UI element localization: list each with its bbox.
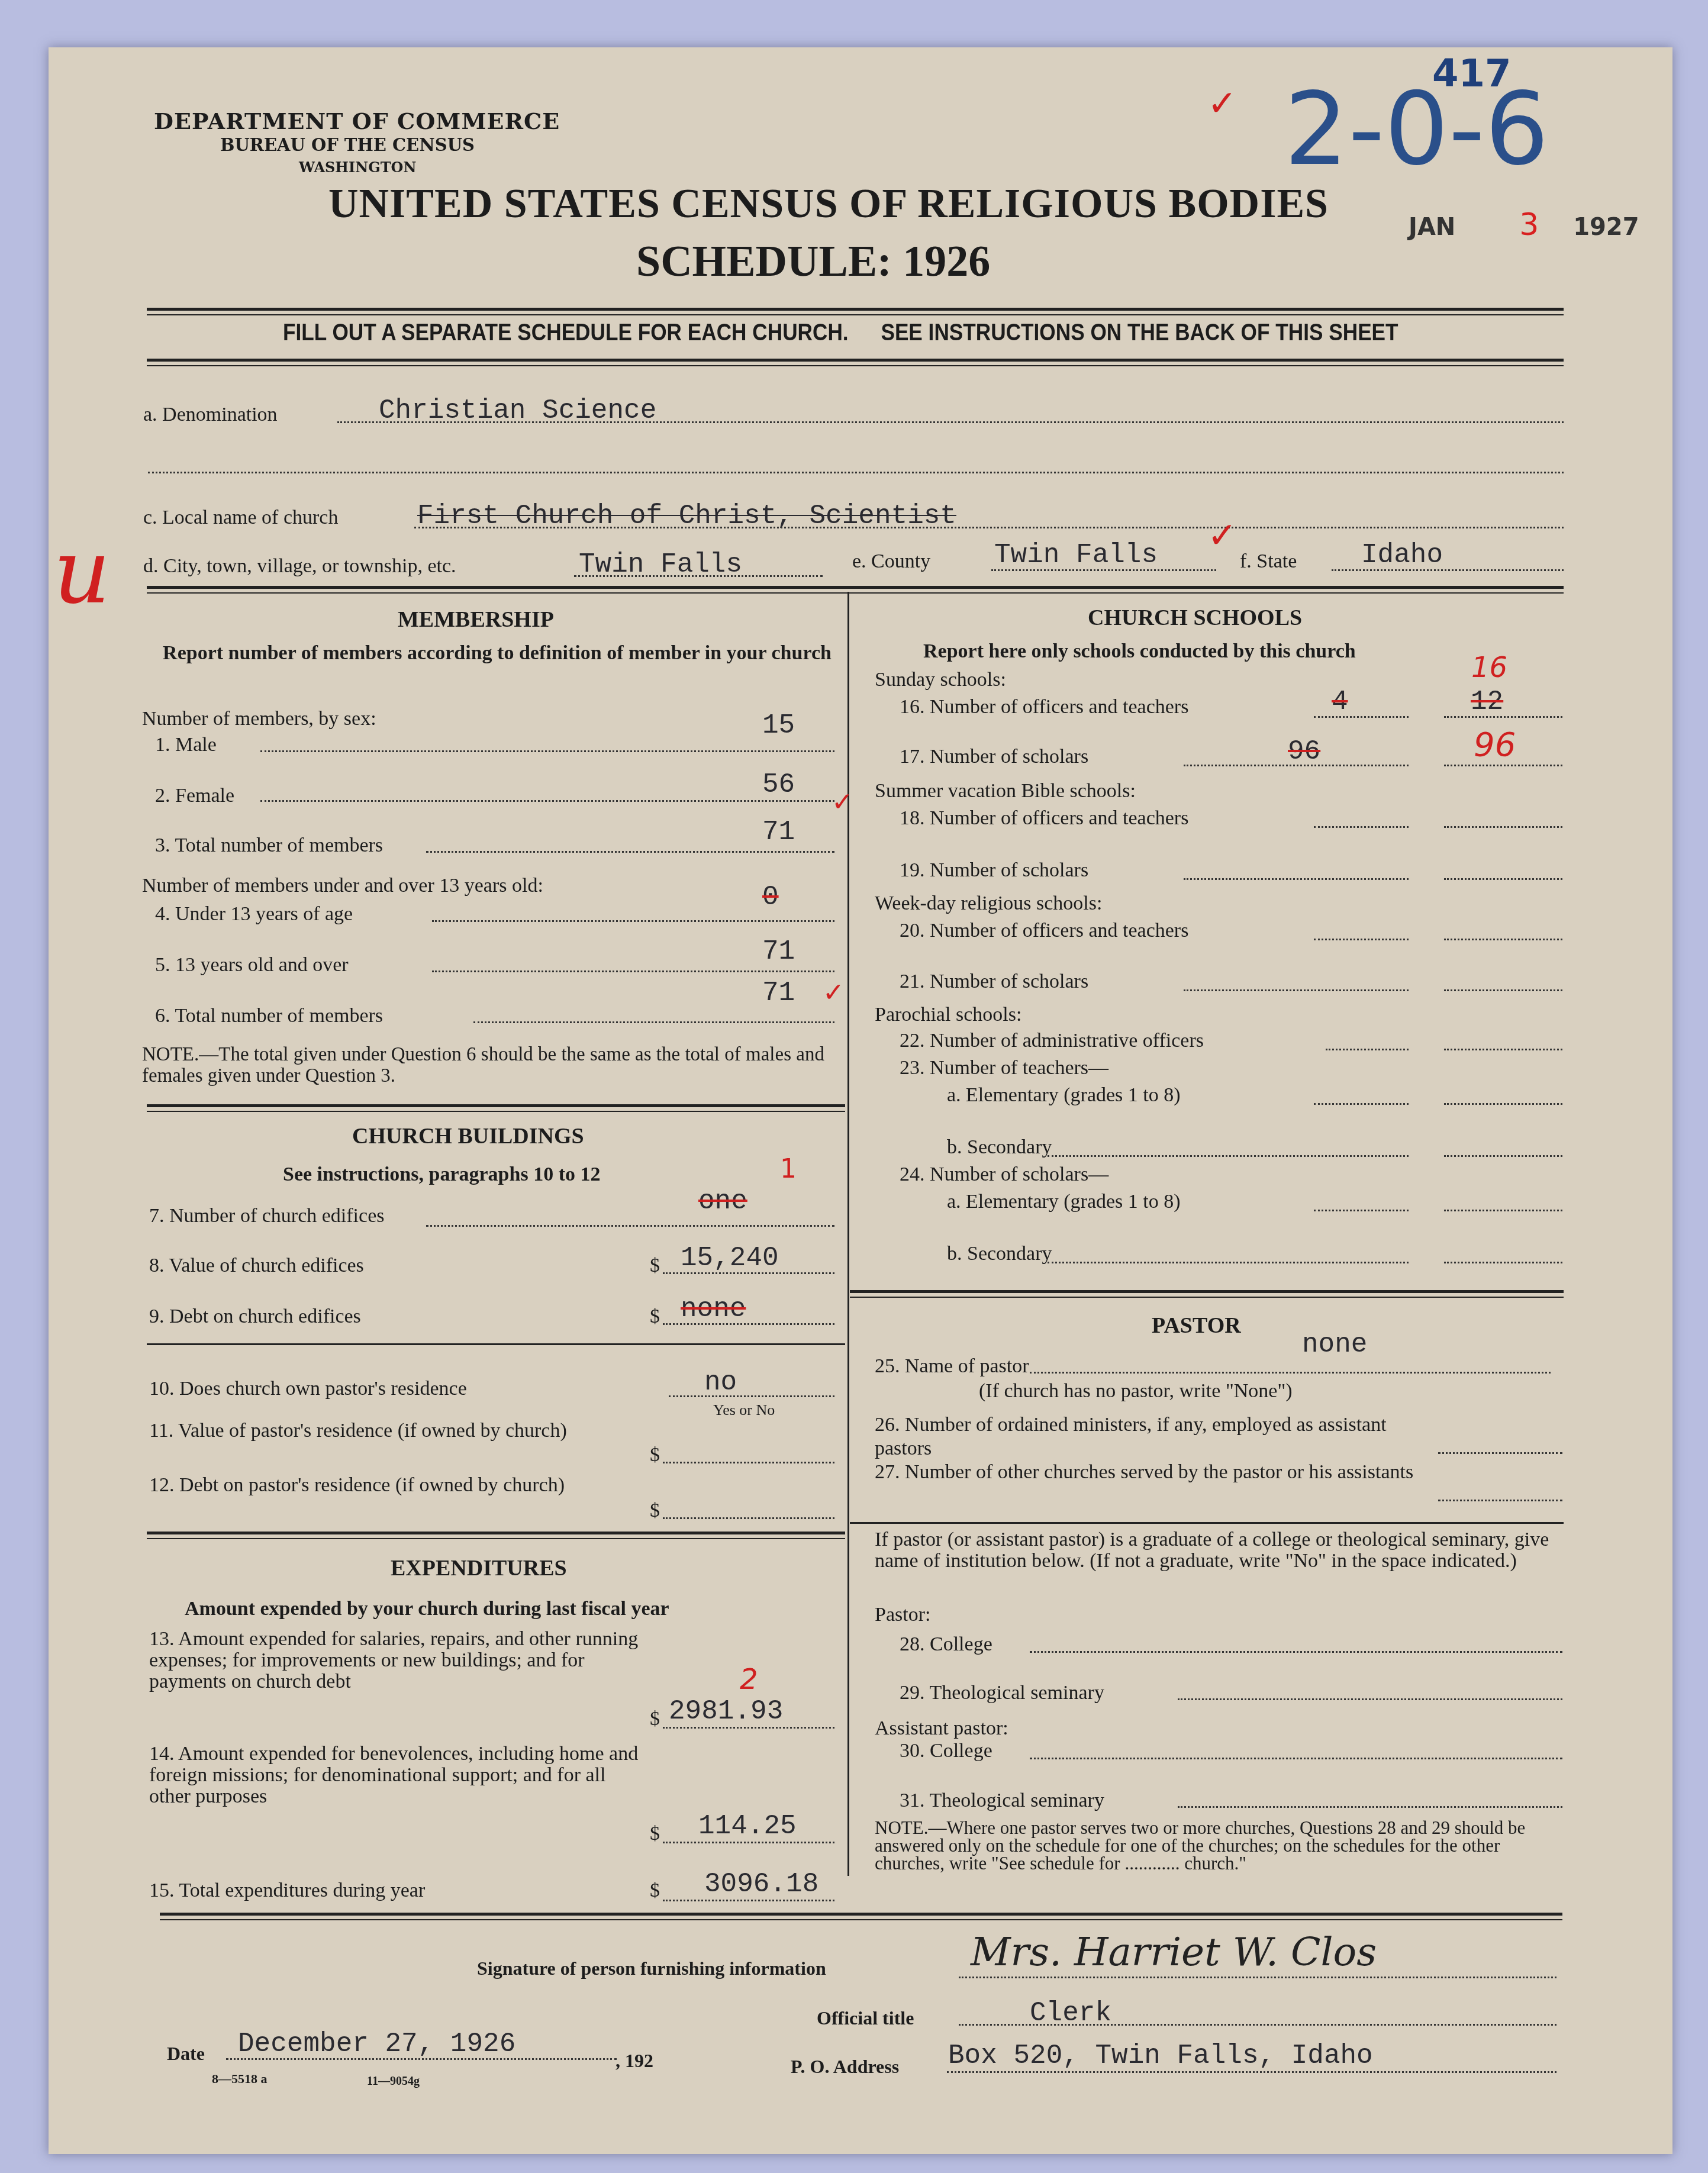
female-label: 2. Female [155,785,234,807]
edifices-count-correction: 1 [780,1154,797,1184]
running-expenses-value[interactable]: 2981.93 [669,1696,783,1727]
edifices-debt-value[interactable]: none [681,1294,746,1324]
by-sex-label: Number of members, by sex: [142,708,376,730]
stamp-day: 3 [1519,207,1539,243]
buildings-bottom-rule [147,1532,845,1539]
official-title-label: Official title [817,2007,914,2029]
signature-field[interactable]: Mrs. Harriet W. Clos [971,1929,1377,1975]
assistant-ministers-field[interactable] [1438,1452,1562,1454]
q23a-field-b[interactable] [1444,1103,1562,1105]
q17-value-a[interactable]: 96 [1288,736,1320,767]
under-13-value[interactable]: 0 [762,882,779,913]
pastor-college-field[interactable] [1030,1651,1562,1653]
edifices-value-value[interactable]: 15,240 [681,1243,779,1274]
male-line [260,750,834,752]
assistant-subhead: Assistant pastor: [875,1717,1008,1740]
running-expenses-correction: 2 [740,1663,758,1696]
edifices-count-line [426,1225,834,1227]
state-field[interactable]: Idaho [1361,540,1443,570]
residence-value-label: 11. Value of pastor's residence (if owne… [149,1418,646,1444]
county-label: e. County [852,550,930,573]
schools-heading: CHURCH SCHOOLS [1088,605,1302,631]
expenditures-subtitle: Amount expended by your church during la… [185,1598,669,1620]
weekday-schools-label: Week-day religious schools: [875,892,1102,915]
assistant-college-field[interactable] [1030,1758,1562,1759]
pastor-heading: PASTOR [1152,1313,1241,1339]
parochial-schools-label: Parochial schools: [875,1004,1021,1026]
dollar-sign: $ [650,1823,660,1845]
membership-note: NOTE.—The total given under Question 6 s… [142,1044,840,1086]
assistant-seminary-label: 31. Theological seminary [900,1790,1104,1812]
edifices-debt-label: 9. Debt on church edifices [149,1305,361,1328]
q23-label: 23. Number of teachers— [900,1057,1108,1079]
q23a-field-a[interactable] [1314,1103,1409,1105]
schedule-title: SCHEDULE: 1926 [636,237,990,287]
buildings-rule [147,1343,845,1345]
male-label: 1. Male [155,734,217,756]
county-line [991,569,1216,571]
dollar-sign: $ [650,1708,660,1730]
q22-label: 22. Number of administrative officers [900,1030,1204,1052]
total-members-2-label: 6. Total number of members [155,1005,383,1027]
age-label: Number of members under and over 13 year… [142,875,543,897]
q22-field-a[interactable] [1326,1049,1409,1050]
pastor-subhead: Pastor: [875,1604,930,1626]
q18-label: 18. Number of officers and teachers [900,807,1188,830]
q24a-field-b[interactable] [1444,1210,1562,1211]
benevolences-line [663,1842,834,1843]
margin-mark-annotation: u [53,521,111,624]
female-value[interactable]: 56 [762,769,795,800]
state-line [1332,569,1564,571]
residence-owned-label: 10. Does church own pastor's residence [149,1378,467,1400]
q21-field-b[interactable] [1444,989,1562,991]
local-name-label: c. Local name of church [143,507,338,529]
q16-label: 16. Number of officers and teachers [900,696,1188,718]
signature-line [959,1977,1556,1978]
address-line [947,2071,1556,2073]
pastor-name-line [1030,1372,1551,1374]
pastor-seminary-field[interactable] [1178,1698,1562,1700]
expenditures-heading: EXPENDITURES [391,1555,567,1581]
q20-field-b[interactable] [1444,939,1562,940]
total-members-2-line [473,1021,834,1023]
q19-field-a[interactable] [1184,878,1409,880]
sunday-schools-label: Sunday schools: [875,669,1006,691]
department-heading: DEPARTMENT OF COMMERCE [154,108,560,134]
total-expenditures-value[interactable]: 3096.18 [704,1869,818,1900]
q24b-field-b[interactable] [1444,1262,1562,1263]
benevolences-label: 14. Amount expended for benevolences, in… [149,1743,646,1807]
pastor-seminary-label: 29. Theological seminary [900,1682,1104,1704]
check-icon: ✓ [823,978,845,1008]
over-13-line [432,971,834,972]
residence-owned-value[interactable]: no [704,1367,737,1398]
q24b-label: b. Secondary [947,1243,1052,1265]
residence-debt-field[interactable] [663,1517,834,1519]
buildings-subtitle: See instructions, paragraphs 10 to 12 [283,1163,600,1186]
form-code-2: 11—9054g [367,2075,420,2088]
total-members-label: 3. Total number of members [155,834,383,857]
education-intro: If pastor (or assistant pastor) is a gra… [875,1529,1561,1572]
official-title-line [959,2024,1556,2026]
q24-label: 24. Number of scholars— [900,1163,1108,1186]
pastor-rule [850,1522,1564,1524]
denomination-line-2 [148,472,1564,473]
q16-value-b[interactable]: 12 [1471,686,1503,717]
header-rule [147,308,1564,315]
identity-rule [147,586,1564,594]
q24a-field-a[interactable] [1314,1210,1409,1211]
edifices-count-label: 7. Number of church edifices [149,1205,384,1227]
q18-field-b[interactable] [1444,826,1562,828]
bureau-heading: BUREAU OF THE CENSUS [220,135,475,155]
expenditures-rule [160,1913,1562,1920]
q23a-label: a. Elementary (grades 1 to 8) [947,1084,1181,1107]
denomination-line [337,421,1564,423]
form-title: UNITED STATES CENSUS OF RELIGIOUS BODIES [328,180,1329,228]
total-members-line [426,851,834,853]
q21-label: 21. Number of scholars [900,971,1088,993]
yes-no-hint: Yes or No [713,1401,775,1419]
signature-label: Signature of person furnishing informati… [477,1958,826,1979]
q24b-field-a[interactable] [1048,1262,1409,1263]
form-code-1: 8—5518 a [212,2071,268,2087]
q23b-field-b[interactable] [1444,1155,1562,1157]
denomination-label: a. Denomination [143,404,278,426]
received-date-stamp: JAN 3 1927 [1409,207,1639,243]
buildings-heading: CHURCH BUILDINGS [352,1123,584,1149]
total-members-value[interactable]: 71 [762,817,795,847]
q18-field-a[interactable] [1314,826,1409,828]
date-label: Date [167,2043,205,2065]
address-field[interactable]: Box 520, Twin Falls, Idaho [948,2040,1373,2071]
q19-field-b[interactable] [1444,878,1562,880]
q22-field-b[interactable] [1444,1049,1562,1050]
dollar-sign: $ [650,1500,660,1522]
running-expenses-line [663,1727,834,1729]
total-expenditures-label: 15. Total expenditures during year [149,1879,425,1902]
file-superscript-annotation: 417 [1432,52,1512,96]
column-divider [847,592,849,1876]
stamp-month: JAN [1409,214,1455,241]
pastor-name-value[interactable]: none [1302,1329,1367,1360]
city-line [574,575,823,577]
residence-owned-line [669,1395,834,1397]
pastor-note: NOTE.—Where one pastor serves two or mor… [875,1819,1561,1872]
q16-line-a [1314,716,1409,718]
local-name-line [414,527,1564,528]
schools-subtitle: Report here only schools conducted by th… [923,640,1356,663]
check-icon: ✓ [1207,83,1237,124]
total-expenditures-line [663,1900,834,1901]
q24a-label: a. Elementary (grades 1 to 8) [947,1191,1181,1213]
over-13-value[interactable]: 71 [762,936,795,967]
q19-label: 19. Number of scholars [900,859,1088,882]
q20-label: 20. Number of officers and teachers [900,920,1188,942]
date-field[interactable]: December 27, 1926 [238,2029,515,2059]
q17-label: 17. Number of scholars [900,746,1088,768]
edifices-count-value[interactable]: one [698,1186,747,1217]
over-13-label: 5. 13 years old and over [155,954,349,976]
check-icon: ✓ [832,787,853,817]
dollar-sign: $ [650,1305,660,1328]
schools-rule [850,1290,1564,1298]
dollar-sign: $ [650,1255,660,1277]
q16-value-a[interactable]: 4 [1332,686,1348,717]
total-members-2-value[interactable]: 71 [762,978,795,1008]
county-field[interactable]: Twin Falls [994,540,1158,570]
q17-correction: 96 [1474,726,1516,764]
address-label: P. O. Address [791,2056,899,2078]
residence-debt-label: 12. Debt on pastor's residence (if owned… [149,1472,646,1498]
under-13-line [432,920,834,922]
assistant-college-label: 30. College [900,1740,992,1762]
pastor-college-label: 28. College [900,1633,992,1656]
benevolences-value[interactable]: 114.25 [698,1811,797,1842]
date-suffix: , 192 [615,2050,653,2072]
membership-rule [147,1104,845,1112]
assistant-seminary-field[interactable] [1178,1806,1562,1808]
q16-correction: 16 [1471,651,1507,684]
dollar-sign: $ [650,1444,660,1466]
banner-rule [147,359,1564,366]
under-13-label: 4. Under 13 years of age [155,903,353,926]
running-expenses-label: 13. Amount expended for salaries, repair… [149,1629,646,1692]
other-churches-field[interactable] [1438,1500,1562,1501]
other-churches-label: 27. Number of other churches served by t… [875,1461,1419,1484]
q23b-label: b. Secondary [947,1136,1052,1159]
q21-field-a[interactable] [1184,989,1409,991]
summer-schools-label: Summer vacation Bible schools: [875,780,1136,802]
banner-instruction: FILL OUT A SEPARATE SCHEDULE FOR EACH CH… [283,320,1398,346]
check-icon: ✓ [1207,515,1237,556]
city-label: d. City, town, village, or township, etc… [143,555,456,578]
edifices-value-label: 8. Value of church edifices [149,1255,364,1277]
q17-line-b [1444,765,1562,766]
date-line [226,2058,617,2060]
membership-subtitle: Report number of members according to de… [160,639,834,668]
dollar-sign: $ [650,1879,660,1902]
male-value[interactable]: 15 [762,710,795,741]
pastor-name-hint: (If church has no pastor, write "None") [979,1380,1293,1403]
q23b-field-a[interactable] [1048,1155,1409,1157]
q20-field-a[interactable] [1314,939,1409,940]
pastor-name-label: 25. Name of pastor [875,1355,1029,1378]
assistant-ministers-label: 26. Number of ordained ministers, if any… [875,1413,1419,1461]
membership-heading: MEMBERSHIP [398,607,554,633]
stamp-year: 1927 [1573,214,1639,241]
residence-value-field[interactable] [663,1462,834,1463]
female-line [260,800,834,802]
city-heading: WASHINGTON [299,159,416,176]
state-label: f. State [1240,550,1297,573]
